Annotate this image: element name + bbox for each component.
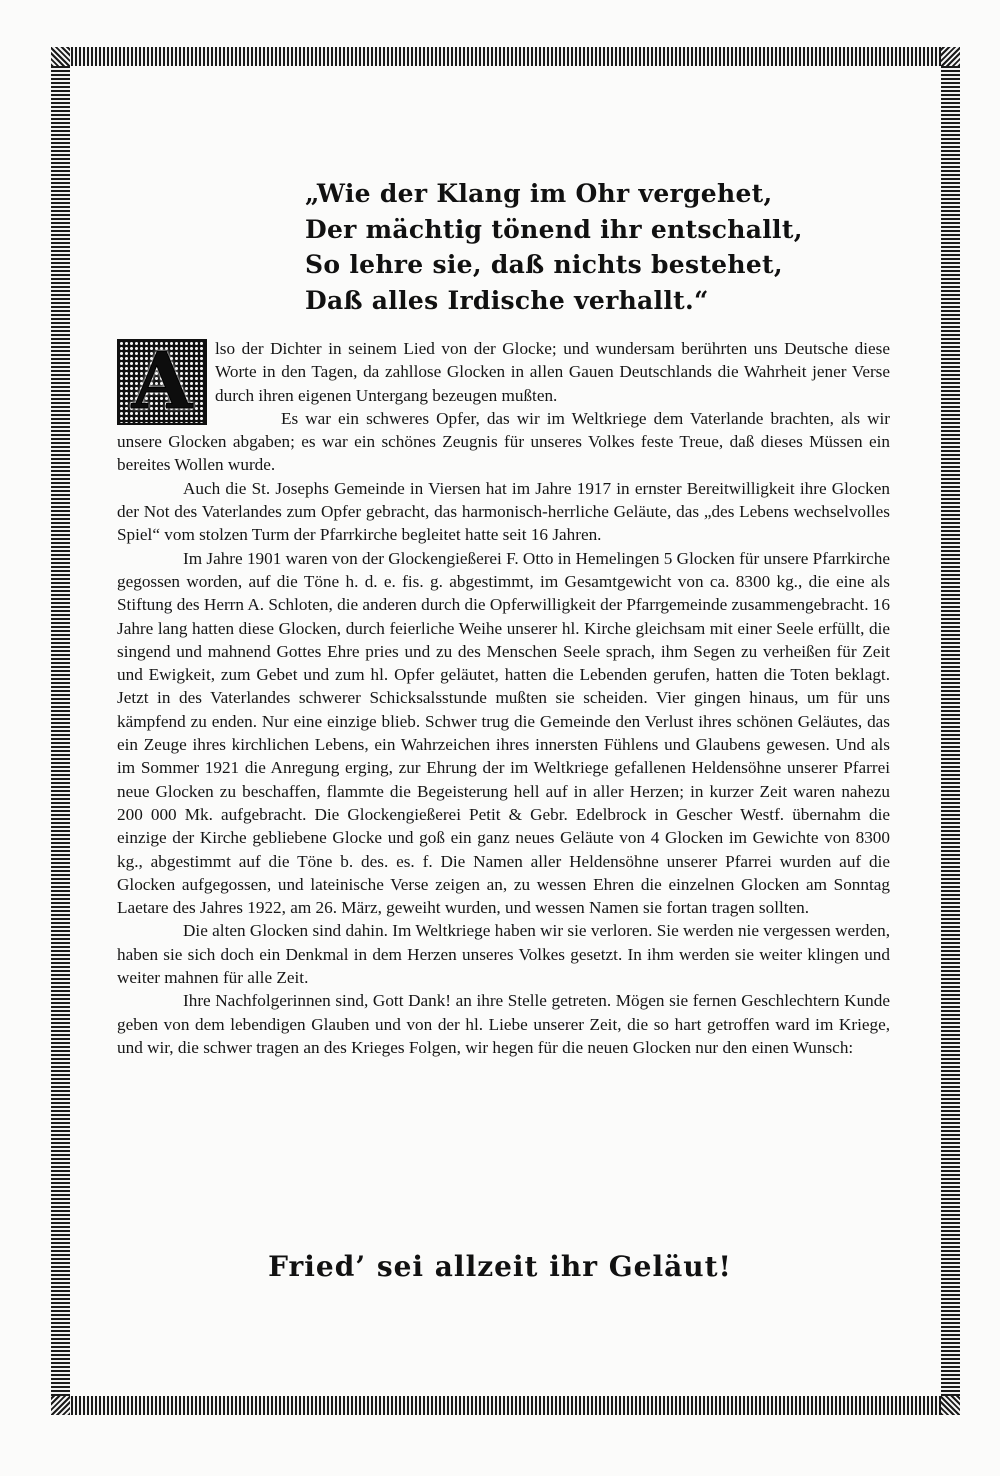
border-bottom (51, 1396, 960, 1415)
border-corner-top-right (941, 47, 960, 66)
poem-line: „Wie der Klang im Ohr vergehet, (305, 176, 785, 212)
border-right (941, 66, 960, 1396)
border-corner-top-left (51, 47, 70, 66)
poem-line: So lehre sie, daß nichts bestehet, (305, 247, 785, 283)
paragraph-text: lso der Dichter in seinem Lied von der G… (215, 339, 890, 405)
border-corner-bottom-right (941, 1396, 960, 1415)
paragraph: Es war ein schweres Opfer, das wir im We… (117, 407, 890, 477)
paragraph: Auch die St. Josephs Gemeinde in Viersen… (117, 477, 890, 547)
poem-line: Daß alles Irdische verhallt.“ (305, 283, 785, 319)
illuminated-initial: A (117, 339, 207, 425)
border-left (51, 66, 70, 1396)
poem-line: Der mächtig tönend ihr entschallt, (305, 212, 785, 248)
paragraph: Also der Dichter in seinem Lied von der … (117, 337, 890, 407)
paragraph: Im Jahre 1901 waren von der Glockengieße… (117, 547, 890, 920)
initial-letter: A (119, 341, 205, 423)
closing-line: Fried’ sei allzeit ihr Geläut! (0, 1250, 1000, 1283)
paragraph: Ihre Nachfolgerinnen sind, Gott Dank! an… (117, 989, 890, 1059)
paragraph: Die alten Glocken sind dahin. Im Weltkri… (117, 919, 890, 989)
border-top (51, 47, 960, 66)
epigraph-poem: „Wie der Klang im Ohr vergehet, Der mäch… (305, 176, 785, 318)
border-corner-bottom-left (51, 1396, 70, 1415)
article-body: Also der Dichter in seinem Lied von der … (117, 337, 890, 1059)
